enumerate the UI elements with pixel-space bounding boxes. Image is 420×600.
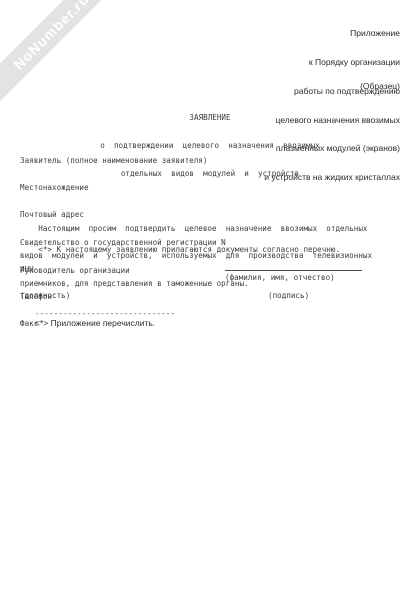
paragraph-line: Настоящим просим подтвердить целевое наз… — [20, 224, 372, 233]
watermark-band: NoNumber.ru — [0, 0, 121, 101]
signature-head-label: Руководитель организации — [20, 266, 130, 275]
field-line-applicant: Заявитель (полное наименование заявителя… — [20, 156, 226, 165]
position-caption: (должность) — [20, 291, 70, 300]
signature-line — [225, 270, 362, 271]
sample-label: (Образец) — [360, 81, 400, 91]
document-page: NoNumber.ru Приложение к Порядку организ… — [0, 0, 420, 600]
request-paragraph: Настоящим просим подтвердить целевое наз… — [20, 206, 372, 306]
header-line: Приложение — [264, 29, 400, 39]
footnote-divider: ------------------------------ — [35, 309, 175, 318]
sign-caption: (подпись) — [268, 291, 309, 300]
header-line: к Порядку организации — [264, 58, 400, 68]
field-line-location: Местонахождение — [20, 183, 226, 192]
title-line: ЗАЯВЛЕНИЕ — [0, 113, 420, 122]
footnote-text: <*> Приложение перечислить. — [35, 318, 155, 328]
watermark-text: NoNumber.ru — [10, 0, 92, 72]
footnote-reference: <*> К настоящему заявлению прилагаются д… — [20, 245, 340, 254]
fio-caption: (фамилия, имя, отчество) — [225, 273, 335, 282]
